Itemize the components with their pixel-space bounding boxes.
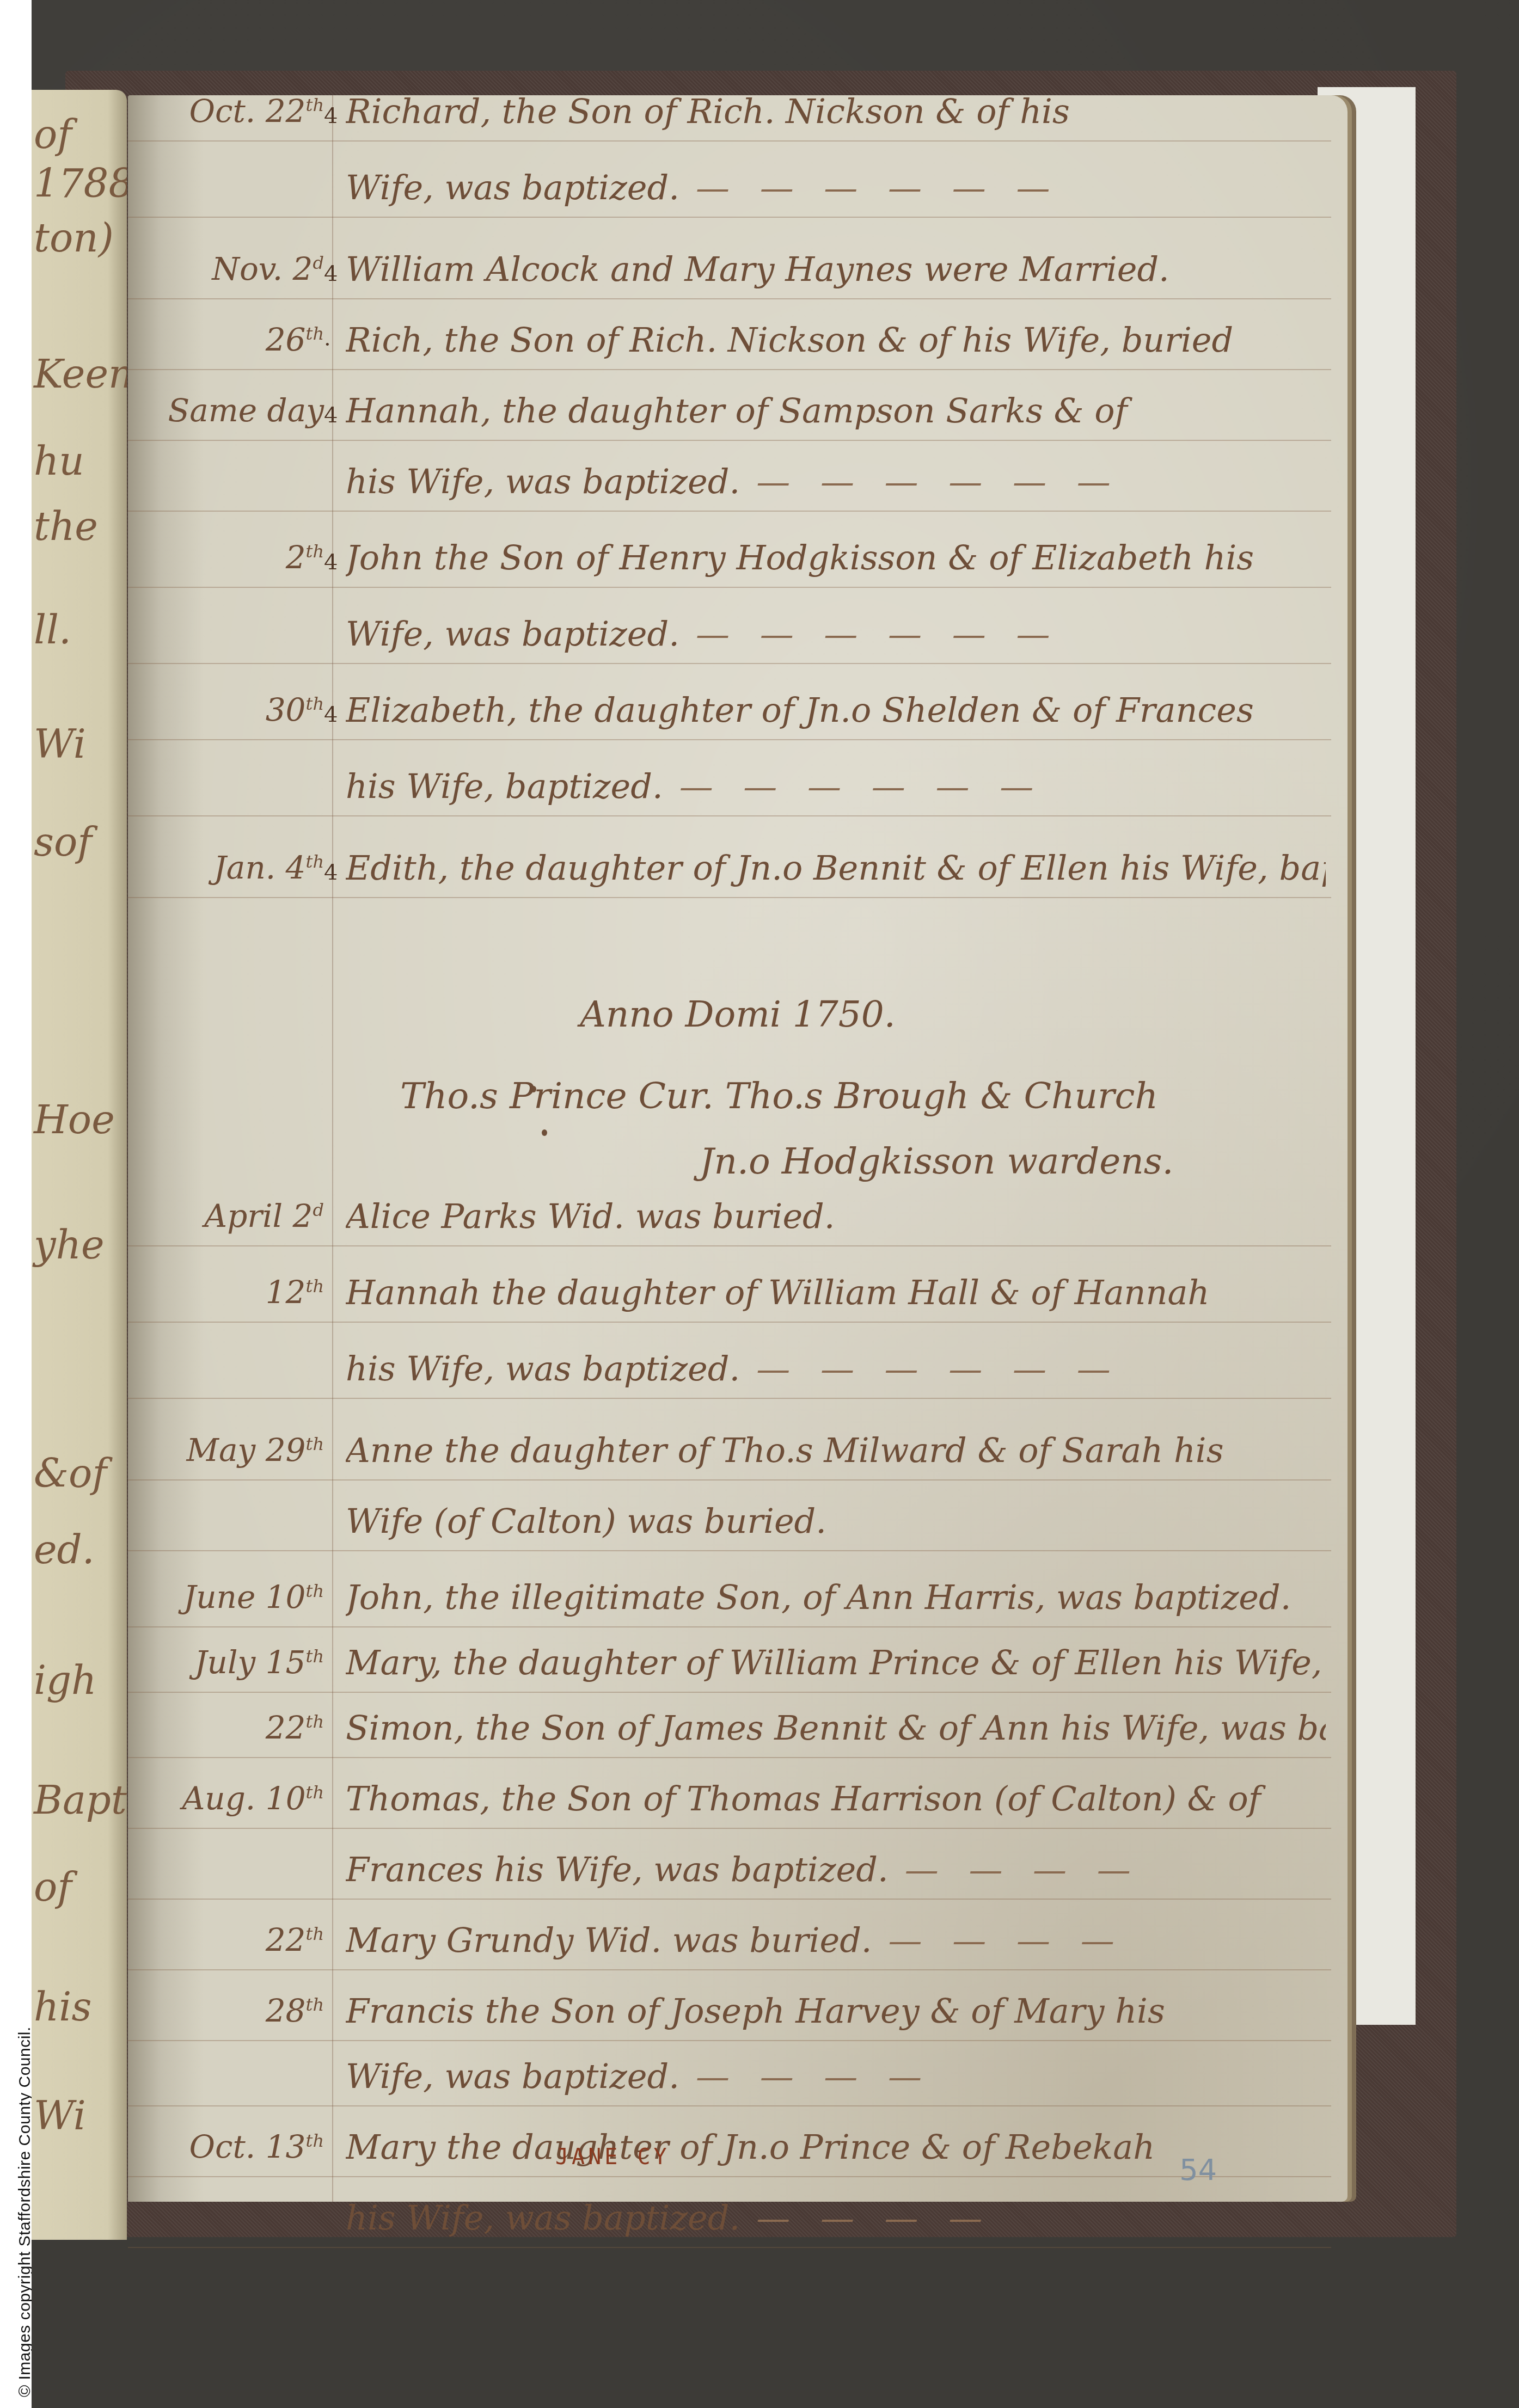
entry-text-content: Mary, the daughter of William Prince & o… [346, 1643, 1326, 1682]
entry-text: Thomas, the Son of Thomas Harrison (of C… [346, 1779, 1326, 1819]
register-entry: Same day4Hannah, the daughter of Sampson… [128, 381, 1347, 441]
entry-date-ordinal: th [306, 1782, 324, 1803]
left-page-text-fragment: his [34, 1984, 91, 2030]
entry-text-content: Wife, was baptized. [346, 168, 679, 207]
entry-date: 26th [150, 321, 324, 358]
entry-date-ordinal: th [306, 1276, 324, 1297]
register-entry: 30th4Elizabeth, the daughter of Jn.o She… [128, 680, 1347, 740]
ruled-line [128, 298, 1331, 299]
register-entry: Aug. 10thThomas, the Son of Thomas Harri… [128, 1769, 1347, 1829]
entry-text-content: his Wife, was baptized. [346, 1349, 740, 1389]
entry-text: Richard, the Son of Rich. Nickson & of h… [346, 91, 1326, 131]
register-entry: 22thMary Grundy Wid. was buried.— — — — [128, 1911, 1347, 1970]
entry-text: Wife, was baptized.— — — — — — [346, 168, 1326, 207]
entry-text: his Wife, was baptized.— — — — — — [346, 462, 1326, 501]
entry-text-content: Hannah, the daughter of Sampson Sarks & … [346, 391, 1128, 431]
entry-date: 30th [150, 691, 324, 728]
register-entry: 28thFrancis the Son of Joseph Harvey & o… [128, 1981, 1347, 2041]
entry-date-text: 26 [266, 321, 306, 358]
entry-date-ordinal: th [306, 95, 324, 115]
ink-blot [542, 1129, 547, 1136]
register-entry: his Wife, was baptized.— — — — — — [128, 1339, 1347, 1399]
copyright-strip: © Images copyright Staffordshire County … [0, 0, 32, 2408]
entry-text: Hannah the daughter of William Hall & of… [346, 1273, 1326, 1312]
year-heading: Anno Domi 1750. [128, 993, 1347, 1035]
ruled-line [128, 1626, 1331, 1627]
ruled-line [128, 140, 1331, 142]
left-page-fragment: of1788.ton)Keenhuthell.WisofHoeyhe&ofed.… [32, 90, 127, 2240]
ruled-line [128, 2105, 1331, 2106]
entry-date-text: 30 [266, 691, 306, 728]
register-entry: Jan. 4th4Edith, the daughter of Jn.o Ben… [128, 838, 1347, 898]
ruled-line [128, 897, 1331, 898]
ruled-line [128, 2040, 1331, 2041]
entry-date-ordinal: th [306, 1924, 324, 1944]
entry-date: 22th [150, 1921, 324, 1958]
ruled-line [128, 1692, 1331, 1693]
entry-date: Same day [150, 392, 324, 429]
ruled-line [128, 1322, 1331, 1323]
register-entry: 26th·Rich, the Son of Rich. Nickson & of… [128, 310, 1347, 370]
register-entry: Wife, was baptized.— — — — — — [128, 158, 1347, 218]
left-page-text-fragment: Hoe [34, 1097, 115, 1142]
entry-date-text: Nov. 2 [212, 250, 313, 287]
ruled-line [128, 663, 1331, 664]
register-entry: July 15thMary, the daughter of William P… [128, 1633, 1347, 1693]
entry-text: his Wife, was baptized.— — — — [346, 2198, 1326, 2238]
entry-text-content: Wife, was baptized. [346, 614, 679, 654]
entry-text: John the Son of Henry Hodgkisson & of El… [346, 538, 1326, 578]
entry-tally-mark: 4 [324, 261, 338, 286]
entry-date: April 2d [150, 1197, 324, 1234]
ink-blot [531, 1086, 536, 1092]
entry-text: Wife (of Calton) was buried. [346, 1501, 1326, 1541]
line-filler-dashes: — — — — [756, 2198, 992, 2238]
entry-date-ordinal: th [306, 1646, 324, 1667]
entry-text-content: Frances his Wife, was baptized. [346, 1850, 889, 1889]
entry-text-content: Simon, the Son of James Bennit & of Ann … [346, 1708, 1326, 1748]
register-entry: Wife, was baptized.— — — — [128, 2047, 1347, 2106]
entry-text-content: his Wife, was baptized. [346, 462, 740, 501]
ruled-line [128, 2176, 1331, 2177]
ruled-line [128, 1828, 1331, 1829]
entry-date-ordinal: th [306, 2130, 324, 2151]
left-page-text-fragment: yhe [34, 1222, 105, 1268]
entry-date-text: 2 [286, 539, 306, 576]
register-page: Oct. 22th4Richard, the Son of Rich. Nick… [128, 95, 1347, 2202]
ruled-line [128, 1757, 1331, 1758]
entry-date-ordinal: th [306, 851, 324, 872]
entry-text: Wife, was baptized.— — — — [346, 2056, 1326, 2096]
register-entry: his Wife, baptized.— — — — — — [128, 757, 1347, 816]
entry-text: Mary, the daughter of William Prince & o… [346, 1643, 1326, 1682]
ruled-line [128, 1398, 1331, 1399]
entry-date-text: June 10 [183, 1578, 306, 1615]
entry-text-content: Rich, the Son of Rich. Nickson & of his … [346, 320, 1233, 360]
ruled-line [128, 1245, 1331, 1246]
entry-date-ordinal: d [313, 1200, 324, 1220]
entry-text: his Wife, baptized.— — — — — — [346, 766, 1326, 806]
ruled-line [128, 369, 1331, 370]
ruled-line [128, 1969, 1331, 1970]
entry-text: Elizabeth, the daughter of Jn.o Shelden … [346, 690, 1326, 730]
ruled-line [128, 1479, 1331, 1481]
entry-date-text: Jan. 4 [214, 849, 306, 886]
entry-tally-mark: 4 [324, 702, 338, 727]
entry-date-text: 22 [266, 1709, 306, 1746]
entry-text: John, the illegitimate Son, of Ann Harri… [346, 1577, 1326, 1617]
entry-date-ordinal: th [306, 1994, 324, 2015]
line-filler-dashes: — — — — — — [696, 614, 1060, 654]
left-page-text-fragment: Wi [34, 2093, 86, 2139]
entry-text: William Alcock and Mary Haynes were Marr… [346, 249, 1326, 289]
entry-text: Francis the Son of Joseph Harvey & of Ma… [346, 1991, 1326, 2031]
register-entry: Wife, was baptized.— — — — — — [128, 604, 1347, 664]
left-page-text-fragment: Bapt [34, 1777, 127, 1823]
entry-text-content: Elizabeth, the daughter of Jn.o Shelden … [346, 690, 1254, 730]
left-page-text-fragment: ed. [34, 1527, 95, 1572]
entry-text-content: William Alcock and Mary Haynes were Marr… [346, 249, 1169, 289]
left-page-text-fragment: &of [34, 1451, 107, 1496]
register-entry: 12thHannah the daughter of William Hall … [128, 1263, 1347, 1323]
left-page-text-fragment: of [34, 112, 72, 157]
entry-date-ordinal: d [313, 253, 324, 273]
ruled-line [128, 1899, 1331, 1900]
entry-tally-mark: 4 [324, 550, 338, 575]
ruled-line [128, 587, 1331, 588]
entry-text: Alice Parks Wid. was buried. [346, 1196, 1326, 1236]
entry-text-content: John, the illegitimate Son, of Ann Harri… [346, 1577, 1291, 1617]
register-entry: May 29thAnne the daughter of Tho.s Milwa… [128, 1421, 1347, 1481]
left-page-text-fragment: 1788. [34, 161, 127, 206]
entry-date-text: Oct. 22 [189, 93, 306, 130]
entry-tally-mark: · [324, 332, 331, 357]
entry-text: Edith, the daughter of Jn.o Bennit & of … [346, 848, 1326, 888]
entry-date: July 15th [150, 1644, 324, 1681]
entry-date-ordinal: th [306, 693, 324, 714]
entry-date-ordinal: th [306, 1434, 324, 1454]
entry-text: Frances his Wife, was baptized.— — — — [346, 1850, 1326, 1889]
page-number: 54 [1179, 2153, 1217, 2187]
entry-date: Jan. 4th [150, 849, 324, 886]
entry-date-text: Aug. 10 [182, 1780, 305, 1817]
entry-date-ordinal: th [306, 1581, 324, 1601]
entry-text-content: Mary the daughter of Jn.o Prince & of Re… [346, 2127, 1155, 2167]
entry-text: Mary the daughter of Jn.o Prince & of Re… [346, 2127, 1326, 2167]
entry-date: Oct. 22th [150, 93, 324, 130]
register-entry: Wife (of Calton) was buried. [128, 1491, 1347, 1551]
register-entry: his Wife, was baptized.— — — — [128, 2188, 1347, 2248]
entry-date: Nov. 2d [150, 250, 324, 287]
entry-date: Oct. 13th [150, 2128, 324, 2165]
left-page-text-fragment: ll. [34, 607, 71, 653]
ruled-line [128, 511, 1331, 512]
wardens-line-2: Jn.o Hodgkisson wardens. [700, 1140, 1174, 1182]
left-page-text-fragment: ton) [34, 215, 114, 261]
entry-text-content: Francis the Son of Joseph Harvey & of Ma… [346, 1991, 1165, 2031]
register-entry: Oct. 22th4Richard, the Son of Rich. Nick… [128, 82, 1347, 142]
entry-date: June 10th [150, 1578, 324, 1615]
register-entry: Nov. 2d4William Alcock and Mary Haynes w… [128, 239, 1347, 299]
line-filler-dashes: — — — — — — [756, 1349, 1120, 1389]
entry-date: 12th [150, 1274, 324, 1311]
entry-text: Simon, the Son of James Bennit & of Ann … [346, 1708, 1326, 1748]
ruled-line [128, 739, 1331, 740]
entry-date: 28th [150, 1992, 324, 2029]
entry-text: his Wife, was baptized.— — — — — — [346, 1349, 1326, 1389]
ruled-line [128, 440, 1331, 441]
entry-text-content: his Wife, was baptized. [346, 2198, 740, 2238]
register-entry: June 10thJohn, the illegitimate Son, of … [128, 1568, 1347, 1627]
entry-date-text: July 15 [194, 1644, 305, 1681]
entry-date-ordinal: th [306, 541, 324, 562]
entry-tally-mark: 4 [324, 403, 338, 428]
entry-tally-mark: 4 [324, 103, 338, 128]
register-entry: April 2dAlice Parks Wid. was buried. [128, 1187, 1347, 1246]
ruled-line [128, 815, 1331, 816]
entry-date-ordinal: th [306, 323, 324, 344]
entry-text-content: Anne the daughter of Tho.s Milward & of … [346, 1430, 1224, 1470]
entry-text: Rich, the Son of Rich. Nickson & of his … [346, 320, 1326, 360]
left-page-text-fragment: Wi [34, 721, 86, 767]
entry-text-content: Richard, the Son of Rich. Nickson & of h… [346, 91, 1070, 131]
entry-text: Mary Grundy Wid. was buried.— — — — [346, 1920, 1326, 1960]
entry-date-ordinal: th [306, 1711, 324, 1732]
entry-date-text: May 29 [187, 1432, 306, 1469]
entry-date-text: April 2 [204, 1197, 313, 1234]
entry-date-text: 22 [266, 1921, 306, 1958]
entry-date: Aug. 10th [150, 1780, 324, 1817]
left-page-text-fragment: hu [34, 438, 84, 484]
left-page-text-fragment: igh [34, 1657, 97, 1703]
entry-date: 22th [150, 1709, 324, 1746]
left-page-text-fragment: the [34, 503, 98, 549]
ruled-line [128, 217, 1331, 218]
ruled-line [128, 1550, 1331, 1551]
entry-text-content: Wife (of Calton) was buried. [346, 1501, 826, 1541]
line-filler-dashes: — — — — [905, 1850, 1141, 1889]
line-filler-dashes: — — — — — — [756, 462, 1120, 501]
line-filler-dashes: — — — — — — [679, 766, 1044, 806]
entry-text-content: his Wife, baptized. [346, 766, 663, 806]
wardens-line-1: Tho.s Prince Cur. Tho.s Brough & Church [400, 1075, 1158, 1117]
register-entry: Oct. 13thMary the daughter of Jn.o Princ… [128, 2117, 1347, 2177]
left-page-text-fragment: Keen [34, 351, 127, 397]
entry-date: 2th [150, 539, 324, 576]
left-page-text-fragment: of [34, 1864, 72, 1910]
entry-text-content: Thomas, the Son of Thomas Harrison (of C… [346, 1779, 1261, 1819]
entry-date-text: Same day [168, 392, 324, 429]
entry-text: Wife, was baptized.— — — — — — [346, 614, 1326, 654]
entry-date-text: 12 [266, 1274, 306, 1311]
entry-text-content: Mary Grundy Wid. was buried. [346, 1920, 872, 1960]
entry-date: May 29th [150, 1432, 324, 1469]
entry-text-content: Wife, was baptized. [346, 2056, 679, 2096]
line-filler-dashes: — — — — [696, 2056, 932, 2096]
register-entry: Frances his Wife, was baptized.— — — — [128, 1840, 1347, 1900]
entry-text: Anne the daughter of Tho.s Milward & of … [346, 1430, 1326, 1470]
line-filler-dashes: — — — — [889, 1920, 1124, 1960]
register-entry: 22thSimon, the Son of James Bennit & of … [128, 1698, 1347, 1758]
register-entry: 2th4John the Son of Henry Hodgkisson & o… [128, 528, 1347, 588]
ruled-line [128, 2247, 1331, 2248]
entry-text-content: Alice Parks Wid. was buried. [346, 1196, 835, 1236]
entry-text: Hannah, the daughter of Sampson Sarks & … [346, 391, 1326, 431]
register-entry: his Wife, was baptized.— — — — — — [128, 452, 1347, 512]
entry-tally-mark: 4 [324, 860, 338, 885]
line-filler-dashes: — — — — — — [696, 168, 1060, 207]
left-page-text-fragment: sof [34, 819, 92, 865]
entry-date-text: Oct. 13 [189, 2128, 306, 2165]
entry-text-content: Edith, the daughter of Jn.o Bennit & of … [346, 848, 1326, 888]
entry-text-content: Hannah the daughter of William Hall & of… [346, 1273, 1209, 1312]
entry-text-content: John the Son of Henry Hodgkisson & of El… [346, 538, 1254, 578]
entry-date-text: 28 [266, 1992, 306, 2029]
foot-stamp: JANE CY [555, 2145, 670, 2170]
